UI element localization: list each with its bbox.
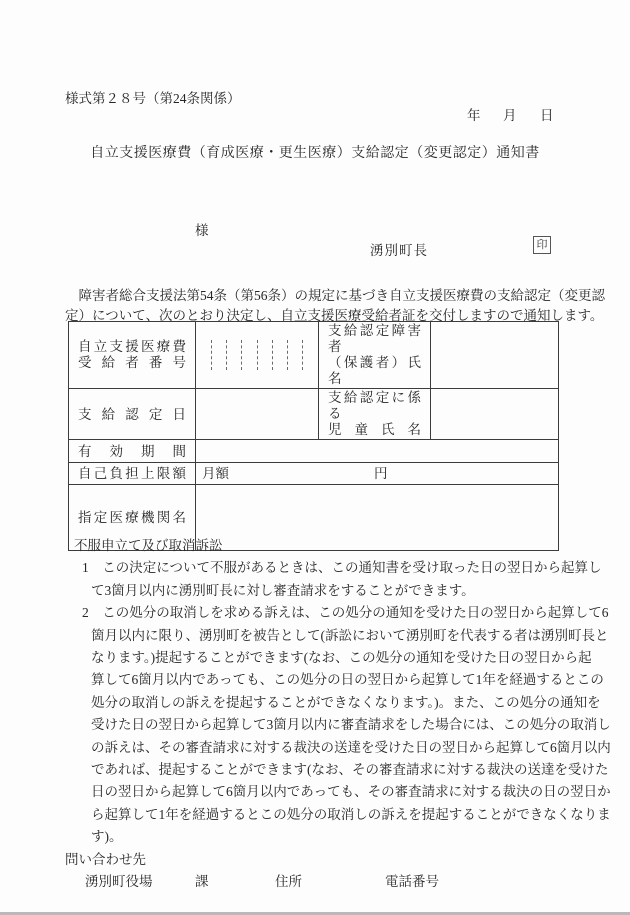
monthly-amount-label: 月額 [202,464,229,484]
issuer-name: 湧別町長 [370,239,428,259]
copay-limit-label: 自己負担上限額 [78,466,186,481]
date-line: 年 月 日 [0,104,630,122]
medical-institution-label: 指定医療機関名 [78,510,186,525]
recipient-number-cell [212,340,227,370]
appeal-item2-line: の訴えは、その審査請求に対する裁決の送達を受けた日の翌日から起算して6箇月以内 [65,737,610,759]
recipient-number-cell [273,340,288,370]
document-title: 自立支援医療費（育成医療・更生医療）支給認定（変更認定）通知書 [0,142,630,162]
intro-line: 障害者総合支援法第54条（第56条）の規定に基づき自立支援医療費の支給認定（変更… [65,286,605,306]
addressee-suffix: 様 [195,219,209,239]
recipient-number-value-cell [196,322,319,389]
valid-period-label: 有効期間 [78,444,186,459]
child-name-label: 支給認定に係る [328,390,421,422]
grant-table: 自立支援医療費 受給者番号 支給認定障害者 （保護者）氏名 支給認定日 支給認定… [68,321,559,551]
recipient-name-value-cell [431,322,559,389]
copay-limit-label-cell: 自己負担上限額 [69,463,196,485]
contact-address-label: 住所 [275,871,302,893]
date-year-label: 年 [467,104,481,124]
date-day-label: 日 [540,104,554,124]
appeal-item2-line: 算して6箇月以内であっても、この処分の日の翌日から起算して1年を経過するとこの [65,669,610,691]
seal-mark: 印 [533,236,551,254]
appeal-item2-line: 処分の取消しの訴えを提起することができなくなります。)。また、この処分の通知を [65,692,610,714]
recipient-number-cell [258,340,273,370]
recipient-number-label: 自立支援医療費 [78,339,186,355]
contact-phone-label: 電話番号 [385,871,439,893]
yen-unit-label: 円 [374,464,388,484]
recipient-number-label: 受給者番号 [78,355,186,371]
child-name-label-cell: 支給認定に係る 児童氏名 [319,389,431,440]
appeal-item2-line: す)。 [65,826,610,848]
recipient-number-cell [197,340,212,370]
recipient-name-label: 支給認定障害者 [328,323,421,355]
recipient-name-label: （保護者）氏名 [328,355,421,387]
recipient-number-cell [227,340,242,370]
appeal-item2-line: 箇月以内に限り、湧別町を被告として(訴訟において湧別町を代表する者は湧別町長と [65,625,610,647]
copay-limit-value-cell: 月額 円 [196,463,559,485]
date-month-label: 月 [503,104,517,124]
appeal-item2-line: 受けた日の翌日から起算して3箇月以内に審査請求をした場合には、この処分の取消し [65,714,610,736]
appeal-item2-line: なります。)提起することができます(なお、この処分の通知を受けた日の翌日から起 [65,647,610,669]
appeal-heading: 不服申立て及び取消訴訟 [65,535,610,557]
recipient-number-cell [303,340,317,370]
grant-date-label-cell: 支給認定日 [69,389,196,440]
child-name-label: 児童氏名 [328,422,421,438]
appeal-section: 不服申立て及び取消訴訟 1 この決定について不服があるときは、この通知書を受け取… [65,535,610,893]
recipient-name-label-cell: 支給認定障害者 （保護者）氏名 [319,322,431,389]
recipient-number-cell [242,340,257,370]
appeal-item2-line: ら起算して1年を経過するとこの処分の取消しの訴えを提起することができなくなりま [65,804,610,826]
contact-heading: 問い合わせ先 [65,849,610,871]
valid-period-value-cell [196,440,559,463]
appeal-item2-line: 2 この処分の取消しを求める訴えは、この処分の通知を受けた日の翌日から起算して6 [65,602,610,624]
contact-office: 湧別町役場 [85,871,153,893]
intro-paragraph: 障害者総合支援法第54条（第56条）の規定に基づき自立支援医療費の支給認定（変更… [65,286,605,325]
recipient-number-label-cell: 自立支援医療費 受給者番号 [69,322,196,389]
appeal-item1-line: て3箇月以内に湧別町長に対し審査請求をすることができます。 [65,580,610,602]
grant-date-label: 支給認定日 [78,407,186,422]
appeal-item2-line: であれば、提起することができます(なお、その審査請求に対する裁決の送達を受けた [65,759,610,781]
contact-department-label: 課 [195,871,209,893]
child-name-value-cell [431,389,559,440]
recipient-number-cells [197,340,317,370]
appeal-item2-line: 日の翌日から起算して6箇月以内であっても、その審査請求に対する裁決の日の翌日か [65,781,610,803]
recipient-number-cell [288,340,303,370]
valid-period-label-cell: 有効期間 [69,440,196,463]
contact-line: 湧別町役場 課 住所 電話番号 [65,871,610,893]
grant-date-value-cell [196,389,319,440]
appeal-item1-line: 1 この決定について不服があるときは、この通知書を受け取った日の翌日から起算し [65,557,610,579]
document-page: 様式第２８号（第24条関係） 年 月 日 自立支援医療費（育成医療・更生医療）支… [0,0,630,915]
